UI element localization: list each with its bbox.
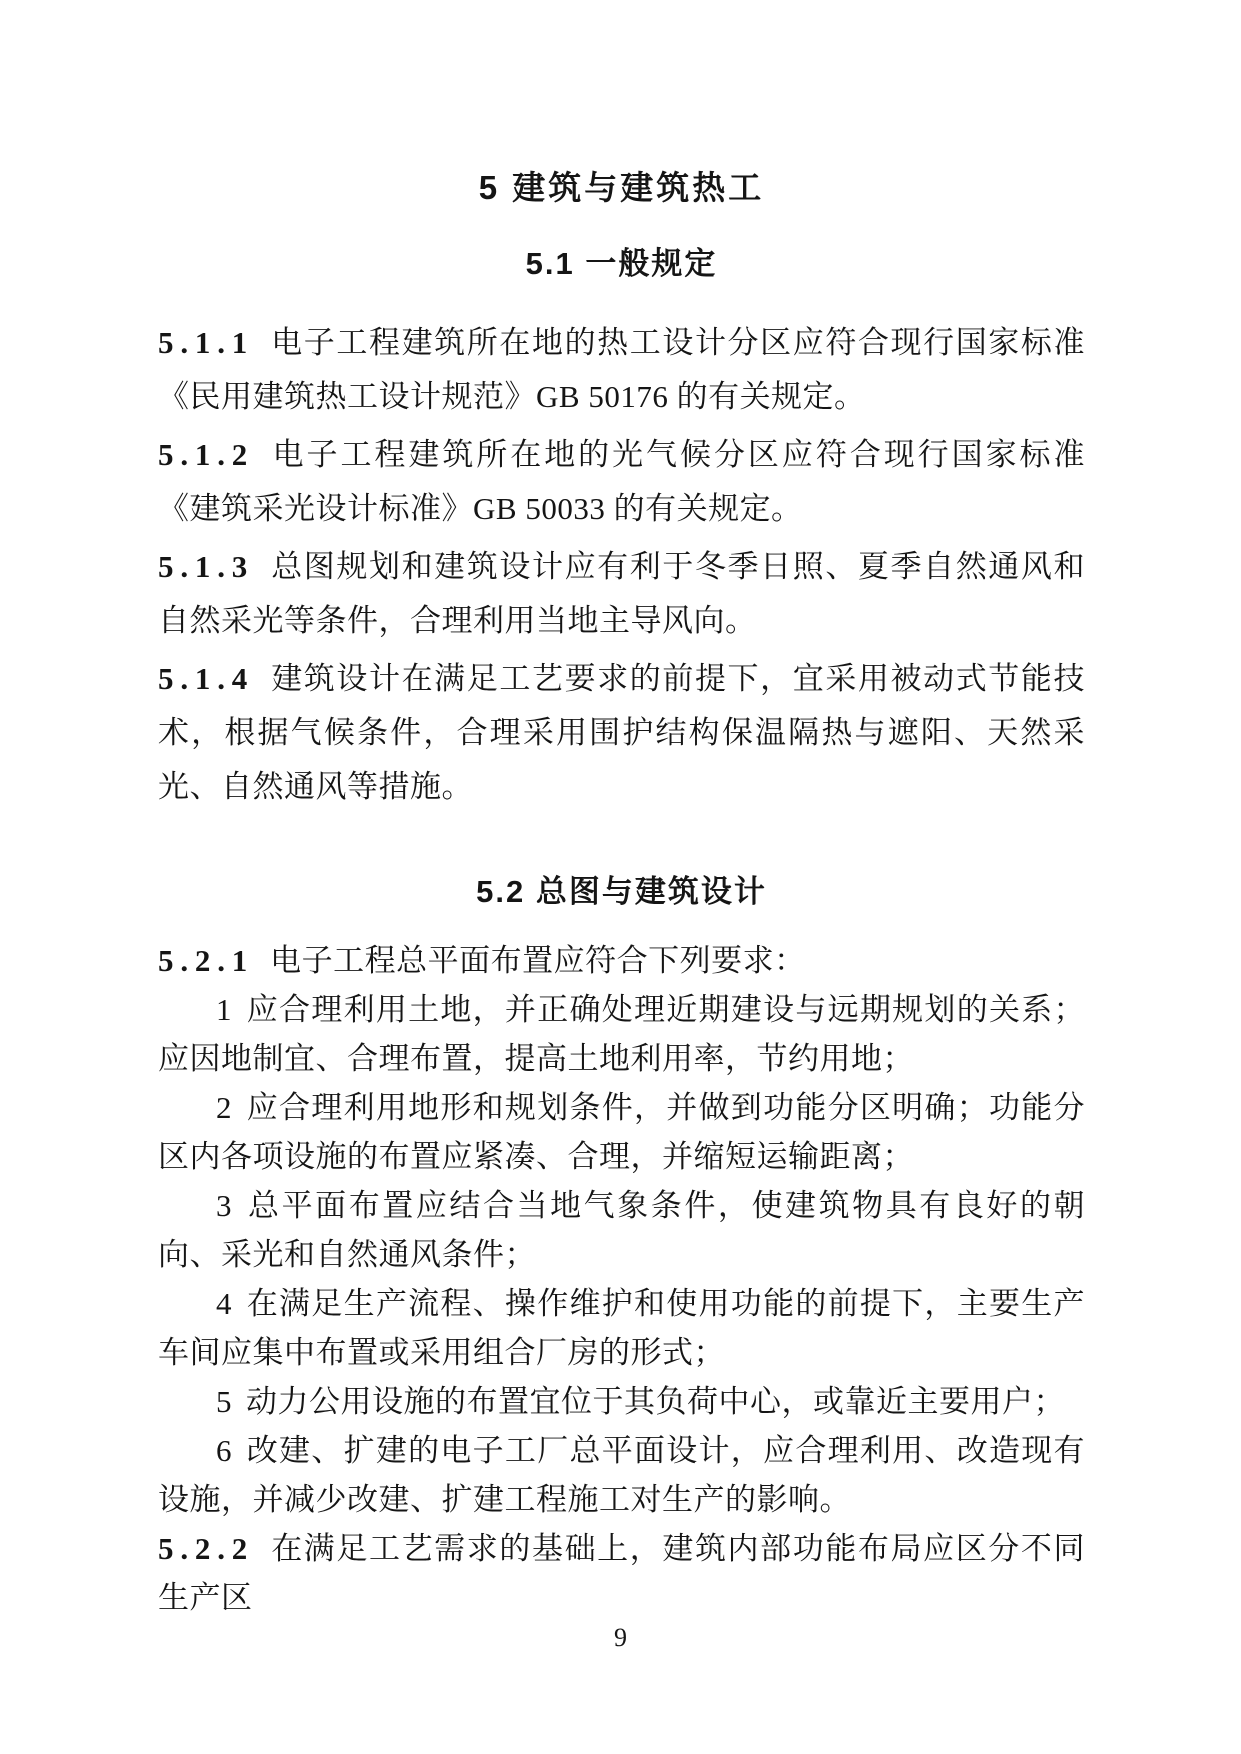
item-number: 2	[216, 1090, 232, 1125]
clause-number: 5.1.4	[158, 661, 254, 696]
section-5-2: 5.2 总图与建筑设计 5.2.1电子工程总平面布置应符合下列要求： 1应合理利…	[158, 872, 1085, 1622]
clause-5-1-1: 5.1.1电子工程建筑所在地的热工设计分区应符合现行国家标准《民用建筑热工设计规…	[158, 316, 1085, 424]
item-text: 应合理利用地形和规划条件，并做到功能分区明确；功能分区内各项设施的布置应紧凑、合…	[158, 1090, 1085, 1174]
clause-5-1-2: 5.1.2电子工程建筑所在地的光气候分区应符合现行国家标准《建筑采光设计标准》G…	[158, 428, 1085, 536]
item-text: 改建、扩建的电子工厂总平面设计，应合理利用、改造现有设施，并减少改建、扩建工程施…	[158, 1433, 1085, 1517]
chapter-title: 5 建筑与建筑热工	[158, 168, 1085, 208]
clause-5-2-1: 5.2.1电子工程总平面布置应符合下列要求：	[158, 936, 1085, 985]
clause-text: 电子工程建筑所在地的热工设计分区应符合现行国家标准《民用建筑热工设计规范》GB …	[158, 325, 1085, 414]
list-item-6: 6改建、扩建的电子工厂总平面设计，应合理利用、改造现有设施，并减少改建、扩建工程…	[158, 1426, 1085, 1524]
item-number: 3	[216, 1188, 232, 1223]
clause-number: 5.2.2	[158, 1531, 254, 1566]
document-page: 5 建筑与建筑热工 5.1 一般规定 5.1.1电子工程建筑所在地的热工设计分区…	[0, 0, 1241, 1754]
clause-number: 5.2.1	[158, 943, 254, 978]
clause-number: 5.1.3	[158, 549, 254, 584]
clause-text: 电子工程建筑所在地的光气候分区应符合现行国家标准《建筑采光设计标准》GB 500…	[158, 437, 1085, 526]
section-5-1-heading: 5.1 一般规定	[158, 244, 1085, 284]
clause-5-1-4: 5.1.4建筑设计在满足工艺要求的前提下，宜采用被动式节能技术，根据气候条件，合…	[158, 652, 1085, 814]
item-text: 总平面布置应结合当地气象条件，使建筑物具有良好的朝向、采光和自然通风条件；	[158, 1188, 1085, 1272]
clause-number: 5.1.2	[158, 437, 254, 472]
item-number: 5	[216, 1384, 232, 1419]
list-item-4: 4在满足生产流程、操作维护和使用功能的前提下，主要生产车间应集中布置或采用组合厂…	[158, 1279, 1085, 1377]
section-5-1: 5.1 一般规定 5.1.1电子工程建筑所在地的热工设计分区应符合现行国家标准《…	[158, 244, 1085, 814]
clause-text: 电子工程总平面布置应符合下列要求：	[270, 943, 806, 978]
item-text: 应合理利用土地，并正确处理近期建设与远期规划的关系；应因地制宜、合理布置，提高土…	[158, 992, 1085, 1076]
clause-text: 在满足工艺需求的基础上，建筑内部功能布局应区分不同生产区	[158, 1531, 1085, 1615]
item-text: 在满足生产流程、操作维护和使用功能的前提下，主要生产车间应集中布置或采用组合厂房…	[158, 1286, 1085, 1370]
item-text: 动力公用设施的布置宜位于其负荷中心，或靠近主要用户；	[246, 1384, 1065, 1419]
list-item-2: 2应合理利用地形和规划条件，并做到功能分区明确；功能分区内各项设施的布置应紧凑、…	[158, 1083, 1085, 1181]
clause-text: 建筑设计在满足工艺要求的前提下，宜采用被动式节能技术，根据气候条件，合理采用围护…	[158, 661, 1085, 804]
item-number: 6	[216, 1433, 232, 1468]
clause-5-1-3: 5.1.3总图规划和建筑设计应有利于冬季日照、夏季自然通风和自然采光等条件，合理…	[158, 540, 1085, 648]
item-number: 4	[216, 1286, 232, 1321]
section-5-2-heading: 5.2 总图与建筑设计	[158, 872, 1085, 912]
list-item-5: 5动力公用设施的布置宜位于其负荷中心，或靠近主要用户；	[158, 1377, 1085, 1426]
clause-number: 5.1.1	[158, 325, 254, 360]
clause-5-2-2: 5.2.2在满足工艺需求的基础上，建筑内部功能布局应区分不同生产区	[158, 1524, 1085, 1622]
list-item-3: 3总平面布置应结合当地气象条件，使建筑物具有良好的朝向、采光和自然通风条件；	[158, 1181, 1085, 1279]
clause-text: 总图规划和建筑设计应有利于冬季日照、夏季自然通风和自然采光等条件，合理利用当地主…	[158, 549, 1085, 638]
page-number: 9	[0, 1618, 1241, 1658]
item-number: 1	[216, 992, 232, 1027]
list-item-1: 1应合理利用土地，并正确处理近期建设与远期规划的关系；应因地制宜、合理布置，提高…	[158, 985, 1085, 1083]
